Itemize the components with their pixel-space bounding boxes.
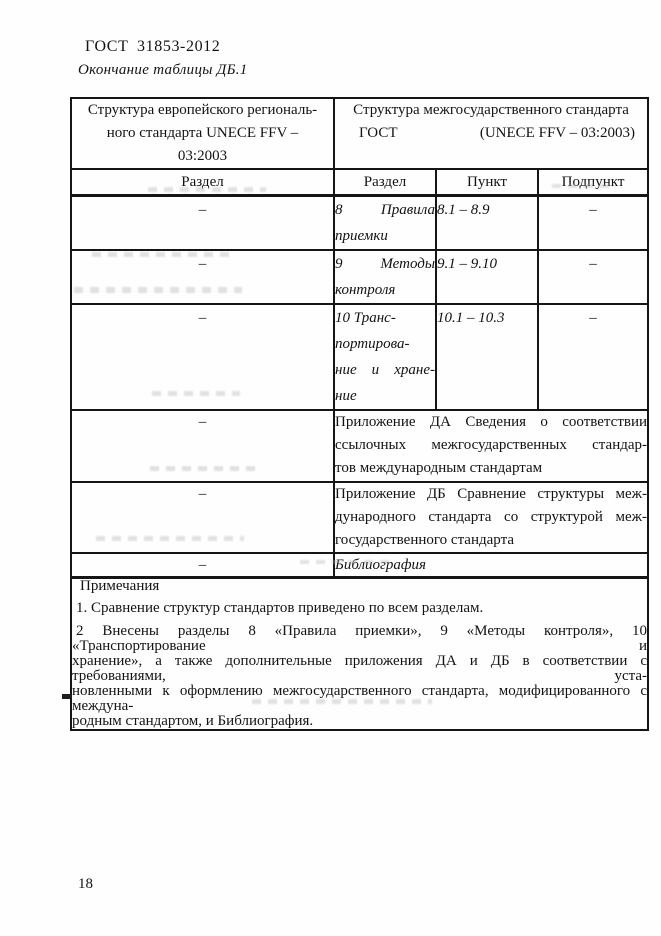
structure-comparison-table: Структура европейского региональ- ного с…: [70, 97, 649, 731]
section-line: ние и хране-: [335, 357, 435, 383]
cell-left-dash: –: [71, 553, 334, 578]
scan-artifact: [300, 560, 390, 564]
cell-left-dash: –: [71, 196, 334, 251]
cell-section-name: 10 Транс- портирова- ние и хране- ние: [334, 304, 436, 410]
note-1: 1. Сравнение структур стандартов приведе…: [76, 601, 647, 616]
header-left-line: 03:2003: [72, 145, 333, 168]
cell-appendix-db: Приложение ДБ Сравнение структуры меж- д…: [334, 482, 648, 553]
scan-artifact: [152, 391, 240, 396]
section-line: ние: [335, 383, 435, 409]
cell-left-dash: –: [71, 410, 334, 482]
table-row-appendix-da: – Приложение ДА Сведения о соответствии …: [71, 410, 648, 482]
header-cell-interstate-standard: Структура межгосударственного стандарта …: [334, 98, 648, 169]
note-2-line: хранение», а также дополнительные прилож…: [72, 654, 647, 684]
section-line: 8 Правила: [335, 197, 435, 223]
header-left-line: ного стандарта UNECE FFV –: [72, 122, 333, 145]
page-number: 18: [78, 876, 93, 893]
cell-appendix-da: Приложение ДА Сведения о соответствии сс…: [334, 410, 648, 482]
cell-podpunkt-dash: –: [538, 196, 648, 251]
appendix-line: тов международным стандартам: [335, 457, 647, 480]
note-2-line: 2 Внесены разделы 8 «Правила приемки», 9…: [72, 624, 647, 654]
section-line: портирова-: [335, 331, 435, 357]
section-line: 9 Методы: [335, 251, 435, 277]
section-line: контроля: [335, 277, 435, 303]
scan-artifact: [252, 699, 432, 704]
header-right-line: Структура межгосударственного стандарта: [335, 99, 647, 122]
appendix-line: дународного стандарта со структурой меж-: [335, 506, 647, 529]
cell-punkt-range: 8.1 – 8.9: [436, 196, 538, 251]
cell-podpunkt-dash: –: [538, 304, 648, 410]
scanned-document-page: ГОСТ 31853-2012 Окончание таблицы ДБ.1 С…: [0, 0, 661, 936]
appendix-line: Приложение ДА Сведения о соответствии: [335, 411, 647, 434]
cell-left-dash: –: [71, 250, 334, 304]
cell-bibliography: Библиография: [334, 553, 648, 578]
cell-podpunkt-dash: –: [538, 250, 648, 304]
cell-notes: Примечания 1. Сравнение структур стандар…: [71, 578, 648, 731]
scan-artifact: [150, 466, 260, 471]
scan-artifact: [96, 536, 244, 541]
appendix-line: Приложение ДБ Сравнение структуры меж-: [335, 483, 647, 506]
header-unece-label: (UNECE FFV – 03:2003): [480, 122, 635, 145]
notes-title: Примечания: [80, 579, 647, 594]
section-line: приемки: [335, 223, 435, 249]
column-header-razdel-right: Раздел: [334, 169, 436, 196]
column-header-punkt: Пункт: [436, 169, 538, 196]
cell-section-name: 8 Правила приемки: [334, 196, 436, 251]
scan-artifact: [74, 287, 242, 293]
cell-punkt-range: 10.1 – 10.3: [436, 304, 538, 410]
cell-section-name: 9 Методы контроля: [334, 250, 436, 304]
note-2-line: родным стандартом, и Библиография.: [72, 714, 647, 729]
table-row-section-9: – 9 Методы контроля 9.1 – 9.10 –: [71, 250, 648, 304]
cell-left-dash: –: [71, 482, 334, 553]
table-row-section-8: – 8 Правила приемки 8.1 – 8.9 –: [71, 196, 648, 251]
header-left-line: Структура европейского региональ-: [72, 99, 333, 122]
section-line: 10 Транс-: [335, 305, 435, 331]
header-right-line: ГОСТ (UNECE FFV – 03:2003): [335, 122, 647, 145]
comparison-table-wrapper: Структура европейского региональ- ного с…: [70, 97, 649, 731]
scan-artifact: [92, 252, 234, 257]
note-2: 2 Внесены разделы 8 «Правила приемки», 9…: [72, 624, 647, 729]
header-gost-label: ГОСТ: [359, 122, 397, 145]
table-row-bibliography: – Библиография: [71, 553, 648, 578]
table-row-notes: Примечания 1. Сравнение структур стандар…: [71, 578, 648, 731]
header-cell-european-standard: Структура европейского региональ- ного с…: [71, 98, 334, 169]
column-header-podpunkt: Подпункт: [538, 169, 648, 196]
appendix-line: ссылочных межгосударственных стандар-: [335, 434, 647, 457]
scan-artifact: [552, 184, 616, 188]
scan-artifact: [148, 187, 266, 192]
table-caption: Окончание таблицы ДБ.1: [78, 62, 248, 79]
cell-punkt-range: 9.1 – 9.10: [436, 250, 538, 304]
appendix-line: государственного стандарта: [335, 529, 647, 552]
table-row-appendix-db: – Приложение ДБ Сравнение структуры меж-…: [71, 482, 648, 553]
scan-corner-tick: [62, 694, 72, 699]
document-number: ГОСТ 31853-2012: [85, 38, 220, 56]
table-header-row-1: Структура европейского региональ- ного с…: [71, 98, 648, 169]
